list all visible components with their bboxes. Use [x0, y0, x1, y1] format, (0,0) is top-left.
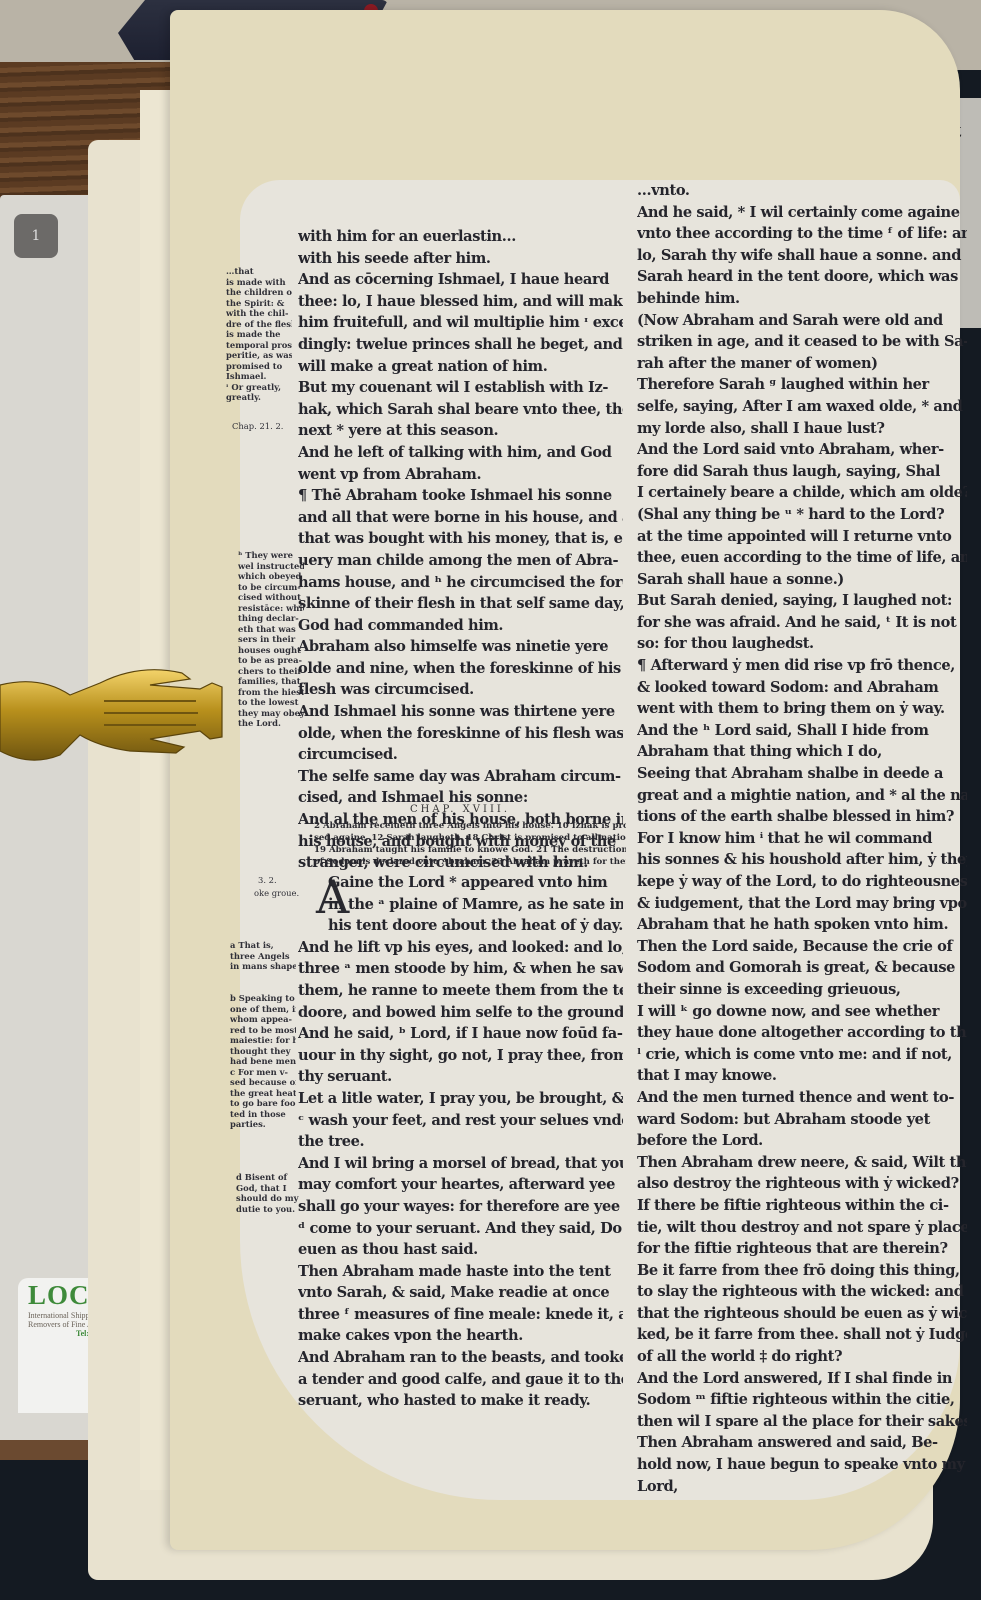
verse-text: for the fiftie righteous that are therei…: [637, 1240, 948, 1257]
text-line: ward Sodom: but Abraham stoode yet: [637, 1109, 967, 1131]
note-line: whom appea-: [230, 1014, 296, 1025]
verse-text: the tree.: [298, 1133, 364, 1150]
text-line: great and a mightie nation, and * al the…: [637, 785, 967, 807]
text-line: behinde him.: [637, 288, 967, 310]
note-line: to be as prea-: [238, 655, 304, 666]
text-line: a tender and good calfe, and gaue it to …: [298, 1369, 623, 1391]
verse-text: Therefore Sarah ᵍ laughed within her: [637, 376, 929, 393]
note-line: wel instructed: [238, 561, 304, 572]
text-line: Sodom ᵐ fiftie righteous within the citi…: [637, 1389, 967, 1411]
text-line: ˡ crie, which is come vnto me: and if no…: [637, 1044, 967, 1066]
verse-text: & iudgement, that the Lord may bring vpo…: [637, 895, 967, 912]
note-line: …that: [226, 266, 292, 277]
note-line: had bene men.: [230, 1056, 296, 1067]
note-line: houses ought: [238, 645, 304, 656]
verse-text: And as cōcerning Ishmael, I haue heard: [298, 271, 609, 288]
verse-text: dingly: twelue princes shall he beget, a…: [298, 336, 623, 353]
text-line: may comfort your heartes, afterward yee: [298, 1174, 623, 1196]
text-line: fore did Sarah thus laugh, saying, Shal: [637, 461, 967, 483]
text-line: hams house, and ʰ he circumcised the for…: [298, 572, 623, 594]
verse-text: ked, be it farre from thee. shall not ẏ …: [637, 1326, 967, 1343]
left-column-ch18: 1Gaine the Lord * appeared vnto himin th…: [298, 872, 623, 1412]
note-line: 2 Abraham receiueth three Angels into hi…: [314, 820, 626, 832]
verse-text: went vp from Abraham.: [298, 466, 481, 483]
note-line: dre of the flesh: [226, 319, 292, 330]
verse-text: But my couenant wil I establish with Iz-: [298, 379, 608, 396]
note-line: dutie to you.: [236, 1204, 302, 1215]
verse-text: I will ᵏ go downe now, and see whether: [637, 1003, 939, 1020]
verse-text: skinne of their flesh in that self same …: [298, 595, 623, 612]
verse-text: tie, wilt thou destroy and not spare ẏ p…: [637, 1219, 967, 1236]
text-line: 27Then Abraham answered and said, Be-: [637, 1432, 967, 1454]
text-line: his tent doore about the heat of ẏ day.: [298, 915, 623, 937]
verse-text: ¶ Thē Abraham tooke Ishmael his sonne: [298, 487, 612, 504]
note-line: greatly.: [226, 392, 292, 403]
text-line: hold now, I haue begun to speake vnto my: [637, 1454, 967, 1476]
verse-text: If there be fiftie righteous within the …: [637, 1197, 949, 1214]
cross-reference: Chap. 21. 2.: [232, 421, 298, 432]
verse-text: Let a litle water, I pray you, be brough…: [298, 1090, 623, 1107]
text-line: selfe, saying, After I am waxed olde, * …: [637, 396, 967, 418]
verse-text: Abraham that thing which I do,: [637, 743, 882, 760]
text-line: 1Gaine the Lord * appeared vnto him: [298, 872, 623, 894]
text-line: striken in age, and it ceased to be with…: [637, 331, 967, 353]
note-line: families, that: [238, 676, 304, 687]
text-line: thee, euen according to the time of life…: [637, 547, 967, 569]
note-line: thought they: [230, 1046, 296, 1057]
text-line: tions of the earth shalbe blessed in him…: [637, 806, 967, 828]
text-line: and all that were borne in his house, an…: [298, 507, 623, 529]
verse-text: & looked toward Sodom: and Abraham: [637, 679, 938, 696]
text-line: that the righteous should be euen as ẏ w…: [637, 1303, 967, 1325]
verse-text: Gaine the Lord * appeared vnto him: [298, 874, 607, 891]
text-line: to slay the righteous with the wicked: a…: [637, 1281, 967, 1303]
note-line: a That is,: [230, 940, 296, 951]
verse-text: …vnto.: [637, 182, 690, 199]
text-line: 22And the men turned thence and went to-: [637, 1087, 967, 1109]
verse-text: ward Sodom: but Abraham stoode yet: [637, 1111, 930, 1128]
verse-text: great and a mightie nation, and * al the…: [637, 787, 967, 804]
verse-text: Sarah shall haue a sonne.): [637, 571, 844, 588]
verse-text: And Abraham ran to the beasts, and tooke: [298, 1349, 623, 1366]
text-line: Sodom and Gomorah is great, & because: [637, 957, 967, 979]
text-line: olde and nine, when the foreskinne of hi…: [298, 658, 623, 680]
verse-text: make cakes vpon the hearth.: [298, 1327, 523, 1344]
verse-text: And I wil bring a morsel of bread, that …: [298, 1155, 623, 1172]
margin-note-a: a That is,three Angelsin mans shape: [230, 940, 296, 972]
text-line: flesh was circumcised.: [298, 679, 623, 701]
text-line: 19For I know him ⁱ that he wil command: [637, 828, 967, 850]
note-line: is made with: [226, 277, 292, 288]
text-line: 21I will ᵏ go downe now, and see whether: [637, 1001, 967, 1023]
text-line: 20And as cōcerning Ishmael, I haue heard: [298, 269, 623, 291]
text-line: skinne of their flesh in that self same …: [298, 593, 623, 615]
text-line: & iudgement, that the Lord may bring vpo…: [637, 893, 967, 915]
left-column-ch17: with him for an euerlastin…with his seed…: [298, 226, 623, 874]
text-line: 7And Abraham ran to the beasts, and took…: [298, 1347, 623, 1369]
text-line: in the ᵃ plaine of Mamre, as he sate in: [298, 894, 623, 916]
verse-text: But Sarah denied, saying, I laughed not:: [637, 592, 952, 609]
note-line: eth that was: [238, 624, 304, 635]
text-line: 4Let a litle water, I pray you, be broug…: [298, 1088, 623, 1110]
note-line: three Angels: [230, 951, 296, 962]
verse-text: also destroy the righteous with ẏ wicked…: [637, 1175, 959, 1192]
verse-text: selfe, saying, After I am waxed olde, * …: [637, 398, 962, 415]
note-line: in mans shape: [230, 961, 296, 972]
verse-text: lo, Sarah thy wife shall haue a sonne. a…: [637, 247, 961, 264]
note-line: the children of: [226, 287, 292, 298]
verse-text: And the men turned thence and went to-: [637, 1089, 954, 1106]
text-line: 12Therefore Sarah ᵍ laughed within her: [637, 374, 967, 396]
text-line: their sinne is exceeding grieuous,: [637, 979, 967, 1001]
margin-note-b: b Speaking toone of them, inwhom appea-r…: [230, 993, 296, 1130]
text-line: olde, when the foreskinne of his flesh w…: [298, 723, 623, 745]
text-line: thy seruant.: [298, 1066, 623, 1088]
note-line: temporal pros-: [226, 340, 292, 351]
text-line: make cakes vpon the hearth.: [298, 1325, 623, 1347]
verse-text: their sinne is exceeding grieuous,: [637, 981, 901, 998]
note-line: cised without: [238, 592, 304, 603]
verse-text: Sarah heard in the tent doore, which was: [637, 268, 958, 285]
text-line: with him for an euerlastin…: [298, 226, 623, 248]
text-line: hak, which Sarah shal beare vnto thee, t…: [298, 399, 623, 421]
verse-text: at the time appointed will I returne vnt…: [637, 528, 952, 545]
text-line: 23Then Abraham drew neere, & said, Wilt …: [637, 1152, 967, 1174]
text-line: seruant, who hasted to make it ready.: [298, 1390, 623, 1412]
chapter-heading: CHAP. XVIII.: [410, 804, 510, 815]
text-line: 16¶ Afterward ẏ men did rise vp frō then…: [637, 655, 967, 677]
verse-text: And the ʰ Lord said, Shall I hide from: [637, 722, 929, 739]
verse-text: that was bought with his money, that is,…: [298, 530, 623, 547]
text-line: so: for thou laughedst.: [637, 633, 967, 655]
text-line: three ᶠ measures of fine meale: knede it…: [298, 1304, 623, 1326]
note-line: ʰ They were: [238, 550, 304, 561]
note-line: they may obey: [238, 708, 304, 719]
text-line: they haue done altogether according to t…: [637, 1022, 967, 1044]
verse-text: flesh was circumcised.: [298, 681, 474, 698]
verse-text: And he lift vp his eyes, and looked: and…: [298, 939, 623, 956]
verse-text: then wil I spare al the place for their …: [637, 1413, 967, 1430]
text-line: 15But Sarah denied, saying, I laughed no…: [637, 590, 967, 612]
verse-text: hams house, and ʰ he circumcised the for…: [298, 574, 623, 591]
text-line: before the Lord.: [637, 1130, 967, 1152]
text-line: doore, and bowed him selfe to the ground…: [298, 1002, 623, 1024]
verse-text: thee, euen according to the time of life…: [637, 549, 967, 566]
note-line: from the hiest: [238, 687, 304, 698]
verse-text: vnto thee according to the time ᶠ of lif…: [637, 225, 967, 242]
verse-text: my lorde also, shall I haue lust?: [637, 420, 885, 437]
text-line: 24If there be fiftie righteous within th…: [637, 1195, 967, 1217]
text-line: three ᵃ men stoode by him, & when he saw…: [298, 958, 623, 980]
verse-text: with him for an euerlastin…: [298, 228, 516, 245]
verse-text: them, he ranne to meete them from the te…: [298, 982, 623, 999]
text-line: 21But my couenant wil I establish with I…: [298, 377, 623, 399]
verse-text: uour in thy sight, go not, I pray thee, …: [298, 1047, 623, 1064]
verse-text: Then Abraham drew neere, & said, Wilt th…: [637, 1154, 967, 1171]
note-line: promised to: [226, 361, 292, 372]
note-line: peritie, as was: [226, 350, 292, 361]
verse-text: with his seede after him.: [298, 250, 491, 267]
verse-text: And Ishmael his sonne was thirtene yere: [298, 703, 615, 720]
text-line: 23¶ Thē Abraham tooke Ishmael his sonne: [298, 485, 623, 507]
verse-text: kepe ẏ way of the Lord, to do righteousn…: [637, 873, 967, 890]
text-line: euen as thou hast said.: [298, 1239, 623, 1261]
verse-text: may comfort your heartes, afterward yee: [298, 1176, 615, 1193]
text-line: tie, wilt thou destroy and not spare ẏ p…: [637, 1217, 967, 1239]
note-line: should do my: [236, 1193, 302, 1204]
text-line: Sarah heard in the tent doore, which was: [637, 266, 967, 288]
note-line: is made the: [226, 329, 292, 340]
text-line: shall go your wayes: for therefore are y…: [298, 1196, 623, 1218]
text-line: ᵈ come to your seruant. And they said, D…: [298, 1218, 623, 1240]
text-line: kepe ẏ way of the Lord, to do righteousn…: [637, 871, 967, 893]
text-line: uery man childe among the men of Abra-: [298, 550, 623, 572]
verse-text: in the ᵃ plaine of Mamre, as he sate in: [298, 896, 623, 913]
verse-text: hak, which Sarah shal beare vnto thee, t…: [298, 401, 623, 418]
note-line: d Bisent of: [236, 1172, 302, 1183]
verse-text: behinde him.: [637, 290, 740, 307]
verse-text: and all that were borne in his house, an…: [298, 509, 623, 526]
verse-text: I certainely beare a childe, which am ol…: [637, 484, 967, 501]
note-line: sers in their: [238, 634, 304, 645]
text-line: them, he ranne to meete them from the te…: [298, 980, 623, 1002]
verse-text: Then the Lord saide, Because the crie of: [637, 938, 952, 955]
text-line: 26The selfe same day was Abraham circum-: [298, 766, 623, 788]
verse-text: so: for thou laughedst.: [637, 635, 814, 652]
verse-text: three ᵃ men stoode by him, & when he saw…: [298, 960, 623, 977]
text-line: then wil I spare al the place for their …: [637, 1411, 967, 1433]
verse-text: his tent doore about the heat of ẏ day.: [298, 917, 623, 934]
text-line: circumcised.: [298, 744, 623, 766]
verse-text: tions of the earth shalbe blessed in him…: [637, 808, 954, 825]
text-line: him fruitefull, and wil multiplie him ᶦ …: [298, 312, 623, 334]
margin-note-d: d Bisent ofGod, that Ishould do mydutie …: [236, 1172, 302, 1214]
text-line: uour in thy sight, go not, I pray thee, …: [298, 1045, 623, 1067]
verse-text: euen as thou hast said.: [298, 1241, 478, 1258]
note-line: resistāce: which: [238, 603, 304, 614]
note-line: to go bare foo-: [230, 1098, 296, 1109]
verse-text: circumcised.: [298, 746, 397, 763]
verse-text: (Now Abraham and Sarah were old and: [637, 312, 943, 329]
text-line: my lorde also, shall I haue lust?: [637, 418, 967, 440]
verse-text: thy seruant.: [298, 1068, 392, 1085]
verse-text: Abraham also himselfe was ninetie yere: [298, 638, 608, 655]
corner-number-tag: 1: [14, 214, 58, 258]
text-line: ked, be it farre from thee. shall not ẏ …: [637, 1324, 967, 1346]
text-line: that was bought with his money, that is,…: [298, 528, 623, 550]
verse-text: And the Lord said vnto Abraham, wher-: [637, 441, 944, 458]
text-line: went vp from Abraham.: [298, 464, 623, 486]
text-line: 26And the Lord answered, If I shal finde…: [637, 1368, 967, 1390]
verse-text: Then Abraham made haste into the tent: [298, 1263, 611, 1280]
text-line: Abraham that thing which I do,: [637, 741, 967, 763]
verse-text: ¶ Afterward ẏ men did rise vp frō thence…: [637, 657, 955, 674]
text-line: 24Abraham also himselfe was ninetie yere: [298, 636, 623, 658]
verse-text: will make a great nation of him.: [298, 358, 547, 375]
verse-text: for she was afraid. And he said, ᵗ It is…: [637, 614, 956, 631]
note-line: Ishmael.: [226, 371, 292, 382]
verse-text: three ᶠ measures of fine meale: knede it…: [298, 1306, 623, 1323]
text-line: 17And the ʰ Lord said, Shall I hide from: [637, 720, 967, 742]
verse-text: Be it farre from thee frō doing this thi…: [637, 1262, 960, 1279]
text-line: Sarah shall haue a sonne.): [637, 569, 967, 591]
verse-text: fore did Sarah thus laugh, saying, Shal: [637, 463, 940, 480]
verse-text: (Shal any thing be ᵘ * hard to the Lord?: [637, 506, 944, 523]
note-line: one of them, in: [230, 1004, 296, 1015]
text-line: with his seede after him.: [298, 248, 623, 270]
note-line: ᶦ Or greatly,: [226, 382, 292, 393]
text-line: 25Be it farre from thee frō doing this t…: [637, 1260, 967, 1282]
verse-text: And he said, * I wil certainly come agai…: [637, 204, 960, 221]
note-line: chers to their: [238, 666, 304, 677]
verse-text: shall go your wayes: for therefore are y…: [298, 1198, 620, 1215]
note-line: parties.: [230, 1119, 296, 1130]
text-line: 22And he left of talking with him, and G…: [298, 442, 623, 464]
note-line: red to be most: [230, 1025, 296, 1036]
verse-text: And he left of talking with him, and God: [298, 444, 612, 461]
brass-hand-clip: [0, 655, 228, 767]
text-line: & looked toward Sodom: and Abraham: [637, 677, 967, 699]
verse-text: And the Lord answered, If I shal finde i…: [637, 1370, 952, 1387]
text-line: rah after the maner of women): [637, 353, 967, 375]
note-line: to be circum-: [238, 582, 304, 593]
note-line: b Speaking to: [230, 993, 296, 1004]
verse-text: went with them to bring them on ẏ way.: [637, 700, 945, 717]
text-line: 11(Now Abraham and Sarah were old and: [637, 310, 967, 332]
note-line: sed againe. 12 Sarah laugheth. 18 Christ…: [314, 832, 626, 844]
text-line: 10And he said, * I wil certainly come ag…: [637, 202, 967, 224]
text-line: vnto Sarah, & said, Make readie at once: [298, 1282, 623, 1304]
verse-text: Sodom and Gomorah is great, & because: [637, 959, 955, 976]
text-line: ᶜ wash your feet, and rest your selues v…: [298, 1110, 623, 1132]
note-line: maiestie: for he: [230, 1035, 296, 1046]
text-line: Abraham that he hath spoken vnto him.: [637, 914, 967, 936]
text-line: at the time appointed will I returne vnt…: [637, 526, 967, 548]
text-line: 13And the Lord said vnto Abraham, wher-: [637, 439, 967, 461]
verse-text: ˡ crie, which is come vnto me: and if no…: [637, 1046, 952, 1063]
verse-text: olde, when the foreskinne of his flesh w…: [298, 725, 623, 742]
verse-text: And he said, ᵇ Lord, if I haue now foūd …: [298, 1025, 623, 1042]
text-line: lo, Sarah thy wife shall haue a sonne. a…: [637, 245, 967, 267]
text-line: God had commanded him.: [298, 615, 623, 637]
text-line: dingly: twelue princes shall he beget, a…: [298, 334, 623, 356]
verse-text: Then Abraham answered and said, Be-: [637, 1434, 938, 1451]
verse-text: olde and nine, when the foreskinne of hi…: [298, 660, 621, 677]
note-line: sed because of: [230, 1077, 296, 1088]
note-line: c For men v-: [230, 1067, 296, 1078]
note-line: which obeyed: [238, 571, 304, 582]
text-line: Lord,: [637, 1476, 967, 1498]
verse-text: before the Lord.: [637, 1132, 763, 1149]
verse-text: next * yere at this season.: [298, 422, 498, 439]
verse-text: ᵈ come to your seruant. And they said, D…: [298, 1220, 622, 1237]
verse-text: that the righteous should be euen as ẏ w…: [637, 1305, 967, 1322]
chapter-summary: 2 Abraham receiueth three Angels into hi…: [314, 820, 626, 868]
note-line: with the chil-: [226, 308, 292, 319]
note-line: to the lowest: [238, 697, 304, 708]
margin-note-f: …thatis made withthe children ofthe Spir…: [226, 266, 292, 403]
verse-text: vnto Sarah, & said, Make readie at once: [298, 1284, 609, 1301]
text-line: …vnto.: [637, 180, 967, 202]
text-line: 3And he said, ᵇ Lord, if I haue now foūd…: [298, 1023, 623, 1045]
text-line: 25And Ishmael his sonne was thirtene yer…: [298, 701, 623, 723]
text-line: the tree.: [298, 1131, 623, 1153]
text-line: 20Then the Lord saide, Because the crie …: [637, 936, 967, 958]
verse-text: hold now, I haue begun to speake vnto my: [637, 1456, 965, 1473]
text-line: 2And he lift vp his eyes, and looked: an…: [298, 937, 623, 959]
verse-text: Seeing that Abraham shalbe in deede a: [637, 765, 943, 782]
text-line: 18Seeing that Abraham shalbe in deede a: [637, 763, 967, 785]
text-line: 14(Shal any thing be ᵘ * hard to the Lor…: [637, 504, 967, 526]
verse-text: to slay the righteous with the wicked: a…: [637, 1283, 964, 1300]
margin-note-h: ʰ They werewel instructedwhich obeyedto …: [238, 550, 304, 729]
text-line: next * yere at this season.: [298, 420, 623, 442]
verse-text: uery man childe among the men of Abra-: [298, 552, 618, 569]
text-line: 6Then Abraham made haste into the tent: [298, 1261, 623, 1283]
note-line: thing declar-: [238, 613, 304, 624]
verse-text: Lord,: [637, 1478, 678, 1495]
verse-text: rah after the maner of women): [637, 355, 878, 372]
text-line: that I may knowe.: [637, 1065, 967, 1087]
verse-text: For I know him ⁱ that he wil command: [637, 830, 932, 847]
verse-text: seruant, who hasted to make it ready.: [298, 1392, 590, 1409]
note-line: the Spirit: &: [226, 298, 292, 309]
verse-text: him fruitefull, and wil multiplie him ᶦ …: [298, 314, 623, 331]
note-line: of Sodom is declared vnto Abraham. 23 Ab…: [314, 856, 626, 868]
verse-text: doore, and bowed him selfe to the ground…: [298, 1004, 623, 1021]
verse-text: ᶜ wash your feet, and rest your selues v…: [298, 1112, 623, 1129]
text-line: vnto thee according to the time ᶠ of lif…: [637, 223, 967, 245]
note-line: the Lord.: [238, 718, 304, 729]
text-line: 5And I wil bring a morsel of bread, that…: [298, 1153, 623, 1175]
note-line: ted in those: [230, 1109, 296, 1120]
verse-text: of all the world ‡ do right?: [637, 1348, 842, 1365]
verse-text: Sodom ᵐ fiftie righteous within the citi…: [637, 1391, 955, 1408]
verse-text: that I may knowe.: [637, 1067, 777, 1084]
note-line: God, that I: [236, 1183, 302, 1194]
verse-text: they haue done altogether according to t…: [637, 1024, 967, 1041]
verse-text: The selfe same day was Abraham circum-: [298, 768, 621, 785]
verse-text: thee: lo, I haue blessed him, and will m…: [298, 293, 623, 310]
note-line: the great heate: [230, 1088, 296, 1099]
text-line: will make a great nation of him.: [298, 356, 623, 378]
text-line: I certainely beare a childe, which am ol…: [637, 482, 967, 504]
verse-text: striken in age, and it ceased to be with…: [637, 333, 967, 350]
text-line: went with them to bring them on ẏ way.: [637, 698, 967, 720]
text-line: for she was afraid. And he said, ᵗ It is…: [637, 612, 967, 634]
verse-text: a tender and good calfe, and gaue it to …: [298, 1371, 623, 1388]
verse-text: his sonnes & his houshold after him, ẏ t…: [637, 851, 967, 868]
text-line: his sonnes & his houshold after him, ẏ t…: [637, 849, 967, 871]
right-column: …vnto.10And he said, * I wil certainly c…: [637, 180, 967, 1497]
verse-text: Abraham that he hath spoken vnto him.: [637, 916, 948, 933]
verse-text: God had commanded him.: [298, 617, 503, 634]
text-line: for the fiftie righteous that are therei…: [637, 1238, 967, 1260]
note-line: 19 Abraham taught his familie to knowe G…: [314, 844, 626, 856]
text-line: thee: lo, I haue blessed him, and will m…: [298, 291, 623, 313]
text-line: also destroy the righteous with ẏ wicked…: [637, 1173, 967, 1195]
text-line: of all the world ‡ do right?: [637, 1346, 967, 1368]
